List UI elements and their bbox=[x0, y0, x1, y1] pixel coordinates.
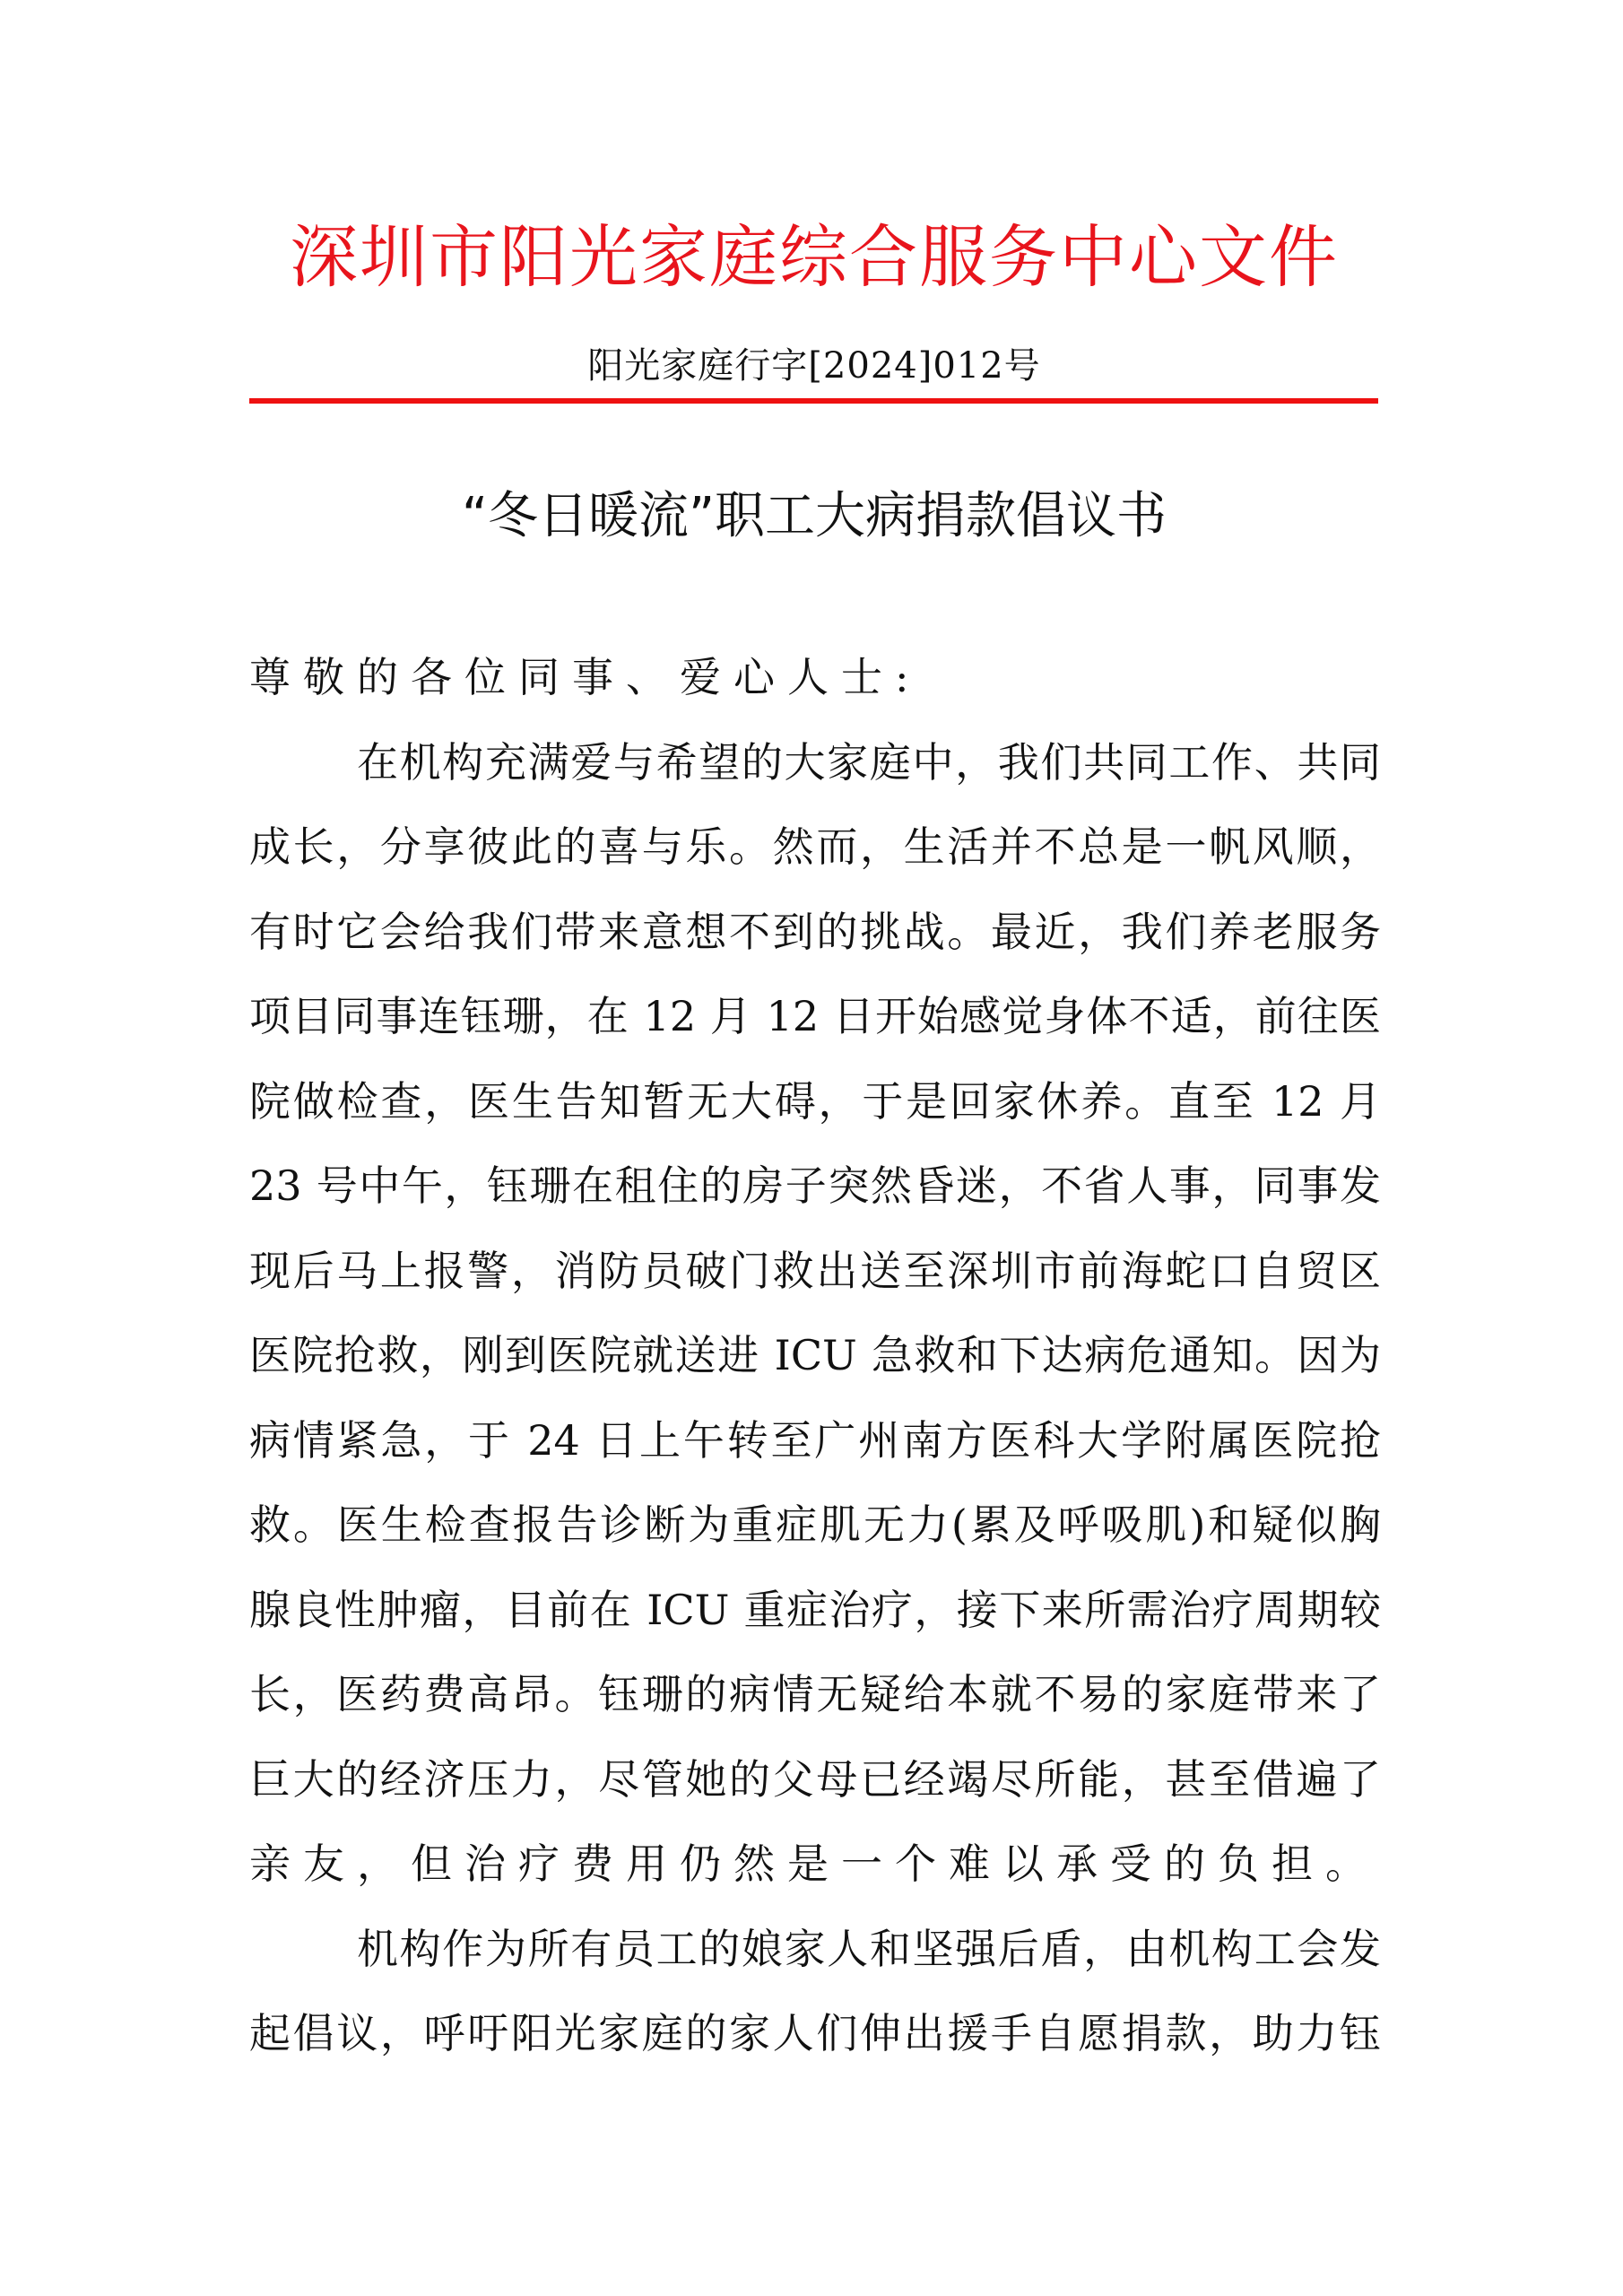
paragraph-line: 成长，分享彼此的喜与乐。然而，生活并不总是一帆风顺， bbox=[249, 804, 1381, 890]
body-text-line: 医院抢救，刚到医院就送进 ICU 急救和下达病危通知。因为 bbox=[249, 1313, 1381, 1398]
paragraph-line: 院做检查，医生告知暂无大碍，于是回家休养。直至 12 月 bbox=[249, 1059, 1381, 1144]
body-text-line: 亲友，但治疗费用仍然是一个难以承受的负担。 bbox=[249, 1822, 1381, 1907]
paragraph-line: 医院抢救，刚到医院就送进 ICU 急救和下达病危通知。因为 bbox=[249, 1313, 1381, 1398]
body-text-line: 项目同事连钰珊，在 12 月 12 日开始感觉身体不适，前往医 bbox=[249, 974, 1381, 1059]
paragraph-line: 长，医药费高昂。钰珊的病情无疑给本就不易的家庭带来了 bbox=[249, 1652, 1381, 1737]
salutation: 尊敬的各位同事、爱心人士: bbox=[249, 635, 1381, 720]
body-text-line: 在机构充满爱与希望的大家庭中，我们共同工作、共同 bbox=[249, 720, 1381, 805]
body-text-line: 23 号中午，钰珊在租住的房子突然昏迷，不省人事，同事发 bbox=[249, 1144, 1381, 1229]
paragraph-line: 机构作为所有员工的娘家人和坚强后盾，由机构工会发 bbox=[249, 1907, 1381, 1992]
body-text-line: 救。医生检查报告诊断为重症肌无力(累及呼吸肌)和疑似胸 bbox=[249, 1483, 1381, 1568]
red-divider-rule bbox=[249, 398, 1378, 404]
body-text-line: 腺良性肿瘤，目前在 ICU 重症治疗，接下来所需治疗周期较 bbox=[249, 1568, 1381, 1653]
body-text-line: 有时它会给我们带来意想不到的挑战。最近，我们养老服务 bbox=[249, 890, 1381, 975]
organization-header: 深圳市阳光家庭综合服务中心文件 bbox=[249, 208, 1379, 307]
paragraph-line: 在机构充满爱与希望的大家庭中，我们共同工作、共同 bbox=[249, 720, 1381, 805]
paragraph-line: 亲友，但治疗费用仍然是一个难以承受的负担。 bbox=[249, 1822, 1381, 1907]
body-text-line: 机构作为所有员工的娘家人和坚强后盾，由机构工会发 bbox=[249, 1907, 1381, 1992]
paragraph-line: 病情紧急，于 24 日上午转至广州南方医科大学附属医院抢 bbox=[249, 1398, 1381, 1483]
paragraph-line: 救。医生检查报告诊断为重症肌无力(累及呼吸肌)和疑似胸 bbox=[249, 1483, 1381, 1568]
document-number: 阳光家庭行字[2024]012号 bbox=[249, 341, 1379, 391]
paragraph-line: 有时它会给我们带来意想不到的挑战。最近，我们养老服务 bbox=[249, 890, 1381, 975]
paragraph-line: 现后马上报警，消防员破门救出送至深圳市前海蛇口自贸区 bbox=[249, 1229, 1381, 1314]
body-text-line: 病情紧急，于 24 日上午转至广州南方医科大学附属医院抢 bbox=[249, 1398, 1381, 1483]
document-body: 尊敬的各位同事、爱心人士: 在机构充满爱与希望的大家庭中，我们共同工作、共同 成… bbox=[249, 635, 1381, 2076]
document-page: 深圳市阳光家庭综合服务中心文件 阳光家庭行字[2024]012号 “冬日暖流”职… bbox=[0, 0, 1623, 2296]
document-title: “冬日暖流”职工大病捐款倡议书 bbox=[249, 481, 1379, 552]
paragraph-line: 起倡议，呼吁阳光家庭的家人们伸出援手自愿捐款，助力钰 bbox=[249, 1991, 1381, 2076]
paragraph-line: 巨大的经济压力，尽管她的父母已经竭尽所能，甚至借遍了 bbox=[249, 1737, 1381, 1822]
salutation-line: 尊敬的各位同事、爱心人士: bbox=[249, 635, 1381, 720]
paragraph-line: 腺良性肿瘤，目前在 ICU 重症治疗，接下来所需治疗周期较 bbox=[249, 1568, 1381, 1653]
paragraph-line: 项目同事连钰珊，在 12 月 12 日开始感觉身体不适，前往医 bbox=[249, 974, 1381, 1059]
body-text-line: 起倡议，呼吁阳光家庭的家人们伸出援手自愿捐款，助力钰 bbox=[249, 1991, 1381, 2076]
paragraph-line: 23 号中午，钰珊在租住的房子突然昏迷，不省人事，同事发 bbox=[249, 1144, 1381, 1229]
body-text-line: 院做检查，医生告知暂无大碍，于是回家休养。直至 12 月 bbox=[249, 1059, 1381, 1144]
body-text-line: 成长，分享彼此的喜与乐。然而，生活并不总是一帆风顺， bbox=[249, 804, 1381, 890]
body-text-line: 巨大的经济压力，尽管她的父母已经竭尽所能，甚至借遍了 bbox=[249, 1737, 1381, 1822]
body-text-line: 现后马上报警，消防员破门救出送至深圳市前海蛇口自贸区 bbox=[249, 1229, 1381, 1314]
body-text-line: 长，医药费高昂。钰珊的病情无疑给本就不易的家庭带来了 bbox=[249, 1652, 1381, 1737]
